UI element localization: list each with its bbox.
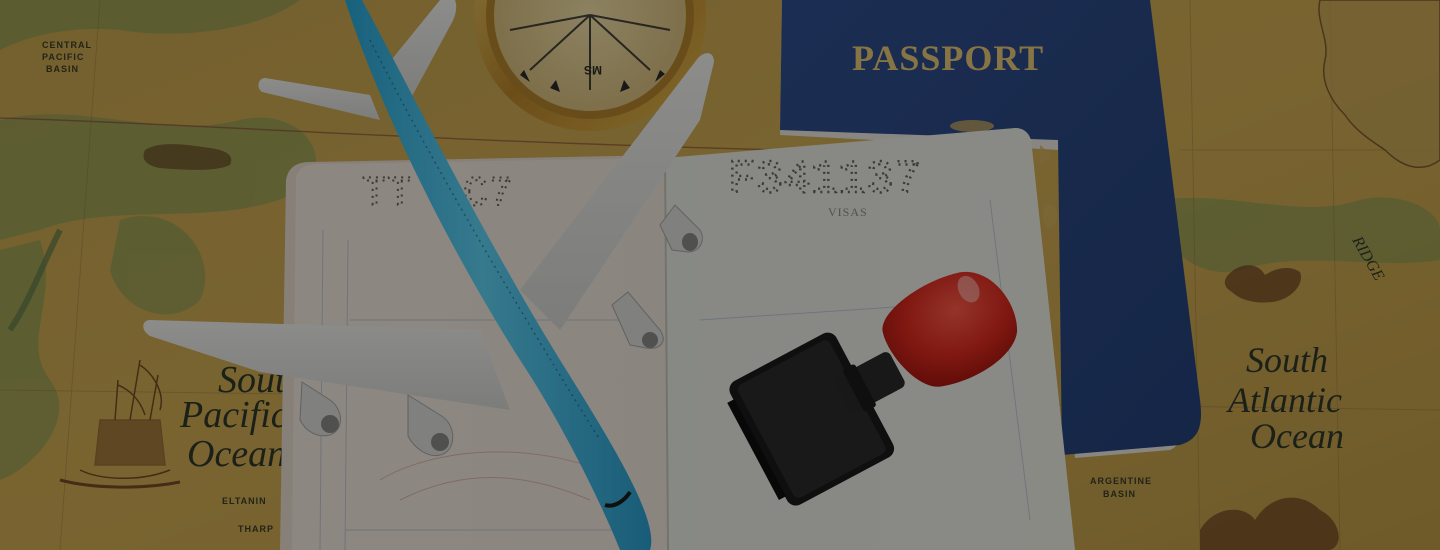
svg-text:BASIN: BASIN: [1103, 489, 1136, 499]
hero-banner: South Pacific Ocean CENTRAL PACIFIC BASI…: [0, 0, 1440, 550]
svg-text:BASIN: BASIN: [46, 64, 79, 74]
map-label-central-pacific: CENTRAL: [42, 40, 92, 50]
map-label-eltanin: ELTANIN: [222, 496, 267, 506]
passport-title: PASSPORT: [852, 38, 1044, 78]
svg-text:Ocean: Ocean: [187, 433, 286, 475]
map-label-argentine-basin: ARGENTINE: [1090, 476, 1152, 486]
svg-text:F341137: F341137: [728, 154, 921, 206]
map-label-tharp: THARP: [238, 524, 274, 534]
svg-text:Pacific: Pacific: [179, 394, 288, 436]
hero-scene: South Pacific Ocean CENTRAL PACIFIC BASI…: [0, 0, 1440, 550]
visas-label: VISAS: [828, 205, 868, 219]
svg-text:Atlantic: Atlantic: [1226, 380, 1342, 420]
punched-number-right: F341137: [728, 154, 921, 206]
svg-text:PACIFIC: PACIFIC: [42, 52, 84, 62]
svg-text:Ocean: Ocean: [1250, 416, 1344, 456]
svg-text:South: South: [1246, 340, 1328, 380]
svg-text:MS: MS: [584, 63, 602, 77]
